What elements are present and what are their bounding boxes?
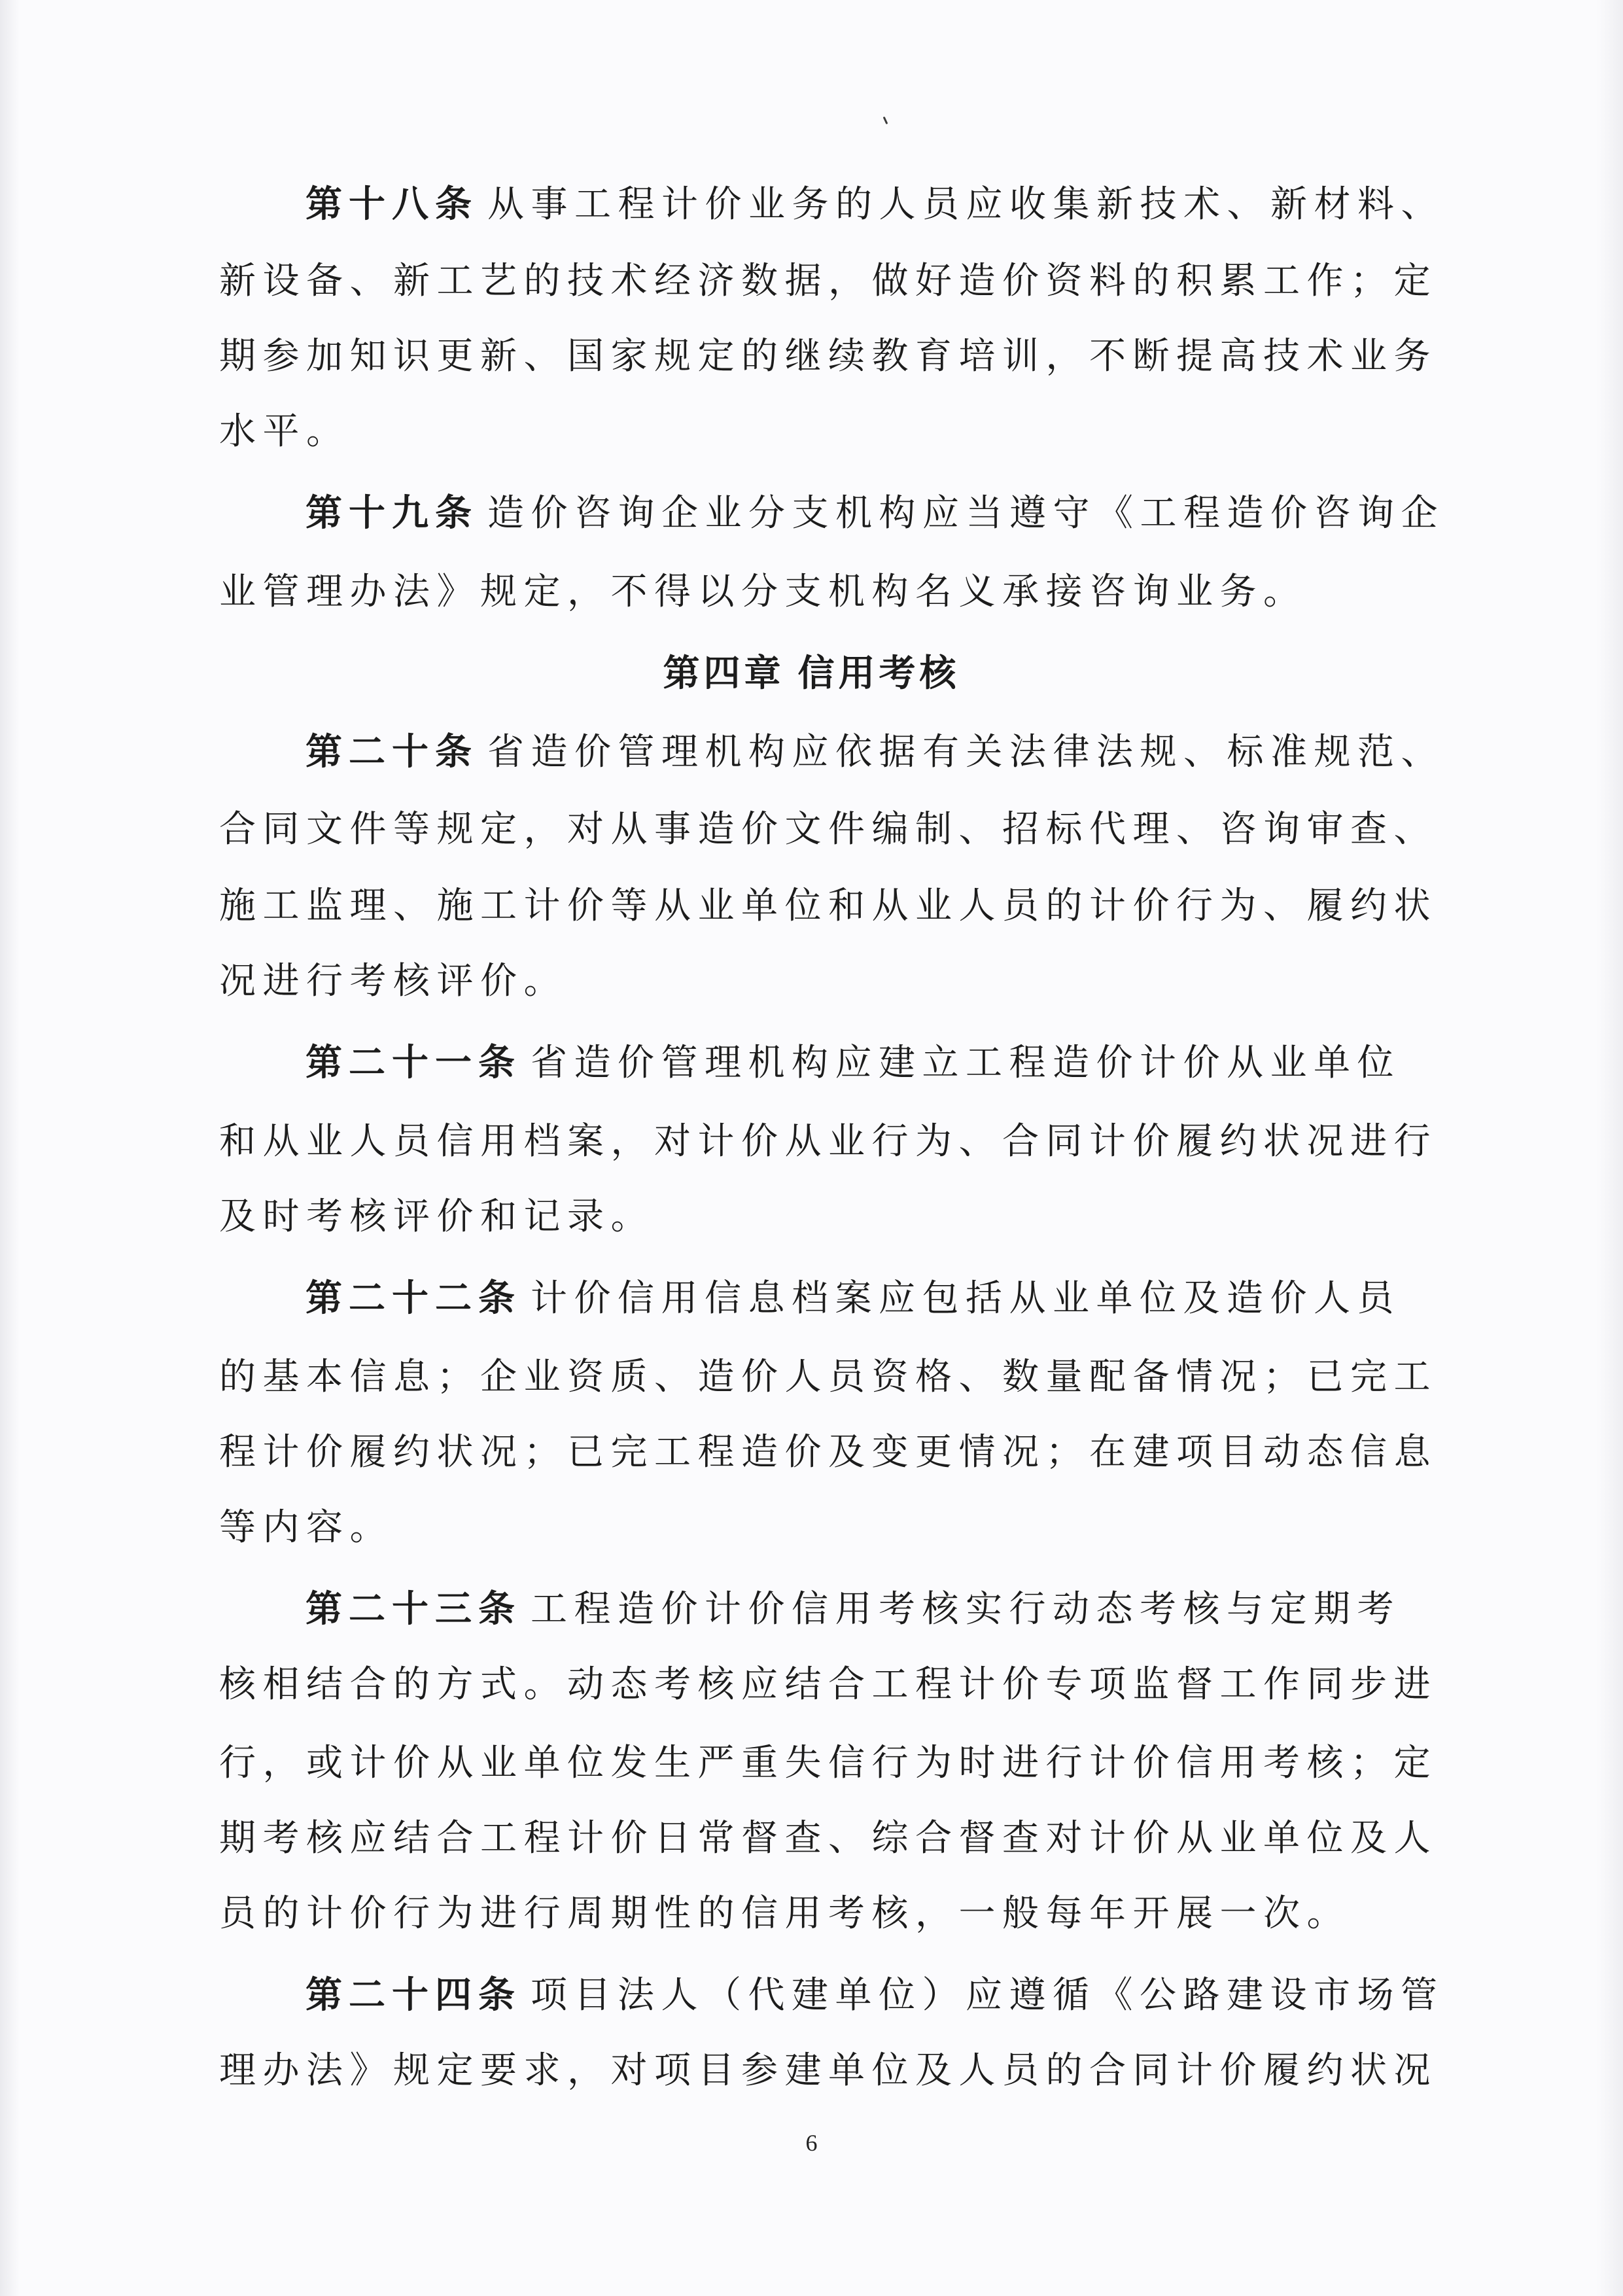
article-line: 理办法》规定要求，对项目参建单位及人员的合同计价履约状况 <box>219 2045 1442 2097</box>
article-line: 程计价履约状况；已完工程造价及变更情况；在建项目动态信息 <box>219 1426 1442 1479</box>
chapter-title: 信用考核 <box>798 652 960 695</box>
article-label: 第二十条 <box>305 731 478 773</box>
article-line: 核相结合的方式。动态考核应结合工程计价专项监督工作同步进 <box>219 1659 1442 1711</box>
article-line: 和从业人员信用档案，对计价从业行为、合同计价履约状况进行 <box>219 1116 1442 1168</box>
article-line: 行，或计价从业单位发生严重失信行为时进行计价信用考核；定 <box>219 1737 1442 1790</box>
chapter-heading: 第四章信用考核 <box>0 648 1623 700</box>
article-line: 施工监理、施工计价等从业单位和从业人员的计价行为、履约状 <box>219 880 1442 932</box>
scan-speck <box>883 116 888 124</box>
article-text: 省造价管理机构应建立工程造价计价从业单位 <box>531 1042 1401 1084</box>
article-line: 及时考核评价和记录。 <box>219 1191 1442 1243</box>
article-line: 期考核应结合工程计价日常督查、综合督查对计价从业单位及人 <box>219 1812 1442 1865</box>
article-line: 新设备、新工艺的技术经济数据，做好造价资料的积累工作；定 <box>219 255 1442 308</box>
article-line: 期参加知识更新、国家规定的继续教育培训，不断提高技术业务 <box>219 330 1442 383</box>
article-line: 等内容。 <box>219 1502 1442 1554</box>
article-line: 第二十四条项目法人（代建单位）应遵循《公路建设市场管 <box>305 1969 1442 2022</box>
article-line: 第十八条从事工程计价业务的人员应收集新技术、新材料、 <box>305 179 1442 231</box>
article-label: 第十九条 <box>305 492 478 535</box>
page-number: 6 <box>0 2127 1623 2159</box>
article-line: 水平。 <box>219 406 1442 458</box>
article-line: 合同文件等规定，对从事造价文件编制、招标代理、咨询审查、 <box>219 804 1442 856</box>
article-label: 第二十四条 <box>305 1974 521 2017</box>
article-line: 业管理办法》规定，不得以分支机构名义承接咨询业务。 <box>219 566 1442 618</box>
article-label: 第二十三条 <box>305 1588 521 1631</box>
article-text: 从事工程计价业务的人员应收集新技术、新材料、 <box>487 183 1444 226</box>
article-line: 第二十三条工程造价计价信用考核实行动态考核与定期考 <box>305 1583 1442 1636</box>
article-line: 的基本信息；企业资质、造价人员资格、数量配备情况；已完工 <box>219 1351 1442 1404</box>
article-line: 第十九条造价咨询企业分支机构应当遵守《工程造价咨询企 <box>305 487 1442 540</box>
article-line: 第二十条省造价管理机构应依据有关法律法规、标准规范、 <box>305 726 1442 779</box>
article-line: 员的计价行为进行周期性的信用考核，一般每年开展一次。 <box>219 1888 1442 1940</box>
article-label: 第二十一条 <box>305 1042 521 1084</box>
article-text: 省造价管理机构应依据有关法律法规、标准规范、 <box>487 731 1444 773</box>
article-text: 项目法人（代建单位）应遵循《公路建设市场管 <box>531 1974 1444 2017</box>
article-text: 计价信用信息档案应包括从业单位及造价人员 <box>531 1277 1401 1320</box>
chapter-number: 第四章 <box>663 652 785 695</box>
article-text: 造价咨询企业分支机构应当遵守《工程造价咨询企 <box>487 492 1444 535</box>
article-line: 第二十一条省造价管理机构应建立工程造价计价从业单位 <box>305 1037 1442 1089</box>
article-label: 第十八条 <box>305 183 478 226</box>
scanned-document-page: 第十八条从事工程计价业务的人员应收集新技术、新材料、 新设备、新工艺的技术经济数… <box>0 0 1623 2296</box>
article-line: 第二十二条计价信用信息档案应包括从业单位及造价人员 <box>305 1273 1442 1325</box>
article-line: 况进行考核评价。 <box>219 955 1442 1008</box>
article-text: 工程造价计价信用考核实行动态考核与定期考 <box>531 1588 1401 1631</box>
article-label: 第二十二条 <box>305 1277 521 1320</box>
